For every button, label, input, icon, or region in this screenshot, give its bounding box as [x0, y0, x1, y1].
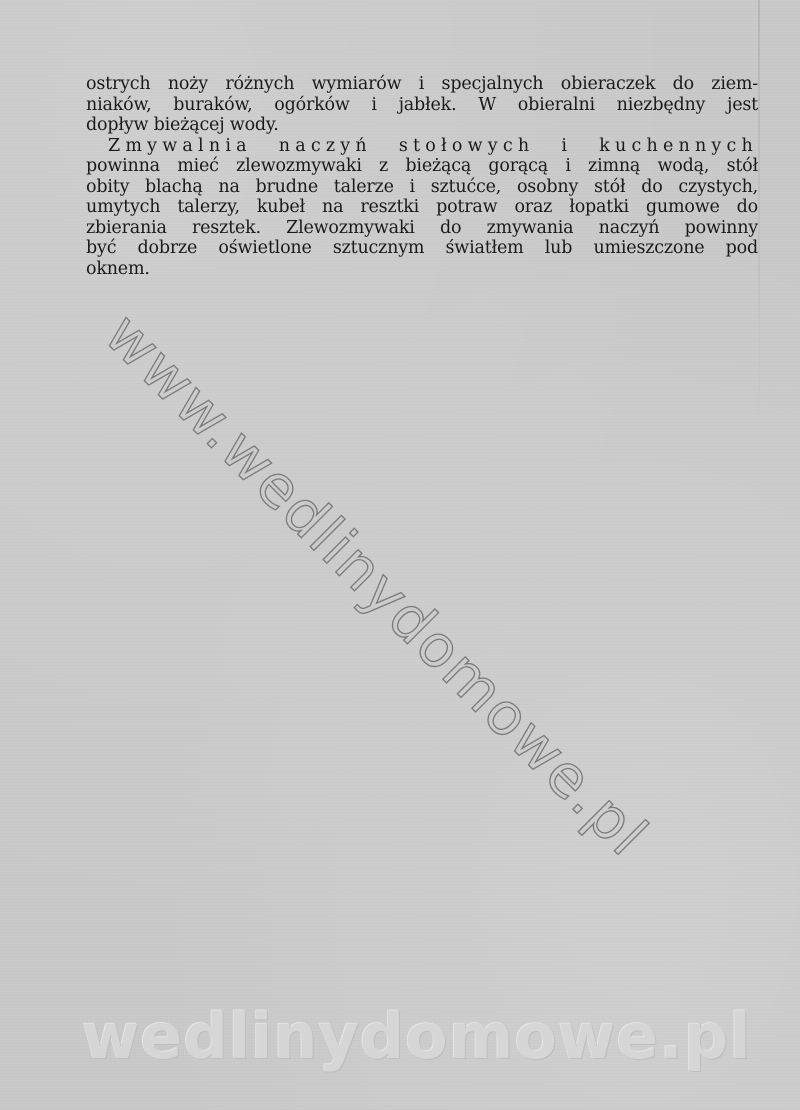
text-line: obity blachą na brudne talerze i sztućce… — [86, 177, 758, 198]
body-text: ostrych noży różnych wymiarów i specjaln… — [86, 74, 758, 279]
text-line: oknem. — [86, 259, 758, 280]
paragraph-dishwashing-room: Zmywalnia naczyń stołowych i kuchennych … — [86, 136, 758, 280]
paragraph-peeling-room: ostrych noży różnych wymiarów i specjaln… — [86, 74, 758, 136]
text-line: być dobrze oświetlone sztucznym światłem… — [86, 238, 758, 259]
text-line: umytych talerzy, kubeł na resztki potraw… — [86, 197, 758, 218]
scanned-page: ostrych noży różnych wymiarów i specjaln… — [0, 0, 800, 1110]
text-line: niaków, buraków, ogórków i jabłek. W obi… — [86, 95, 758, 116]
text-line: ostrych noży różnych wymiarów i specjaln… — [86, 74, 758, 95]
text-line: powinna mieć zlewozmywaki z bieżącą gorą… — [86, 156, 758, 177]
bottom-watermark: wedlinydomowe.pl — [82, 1000, 742, 1073]
paper-fold-shadow — [758, 0, 760, 420]
diagonal-watermark: www.wedlinydomowe.pl — [92, 300, 662, 870]
text-line: Zmywalnia naczyń stołowych i kuchennych — [86, 136, 758, 157]
text-line: zbierania resztek. Zlewozmywaki do zmywa… — [86, 218, 758, 239]
text-line: dopływ bieżącej wody. — [86, 115, 758, 136]
